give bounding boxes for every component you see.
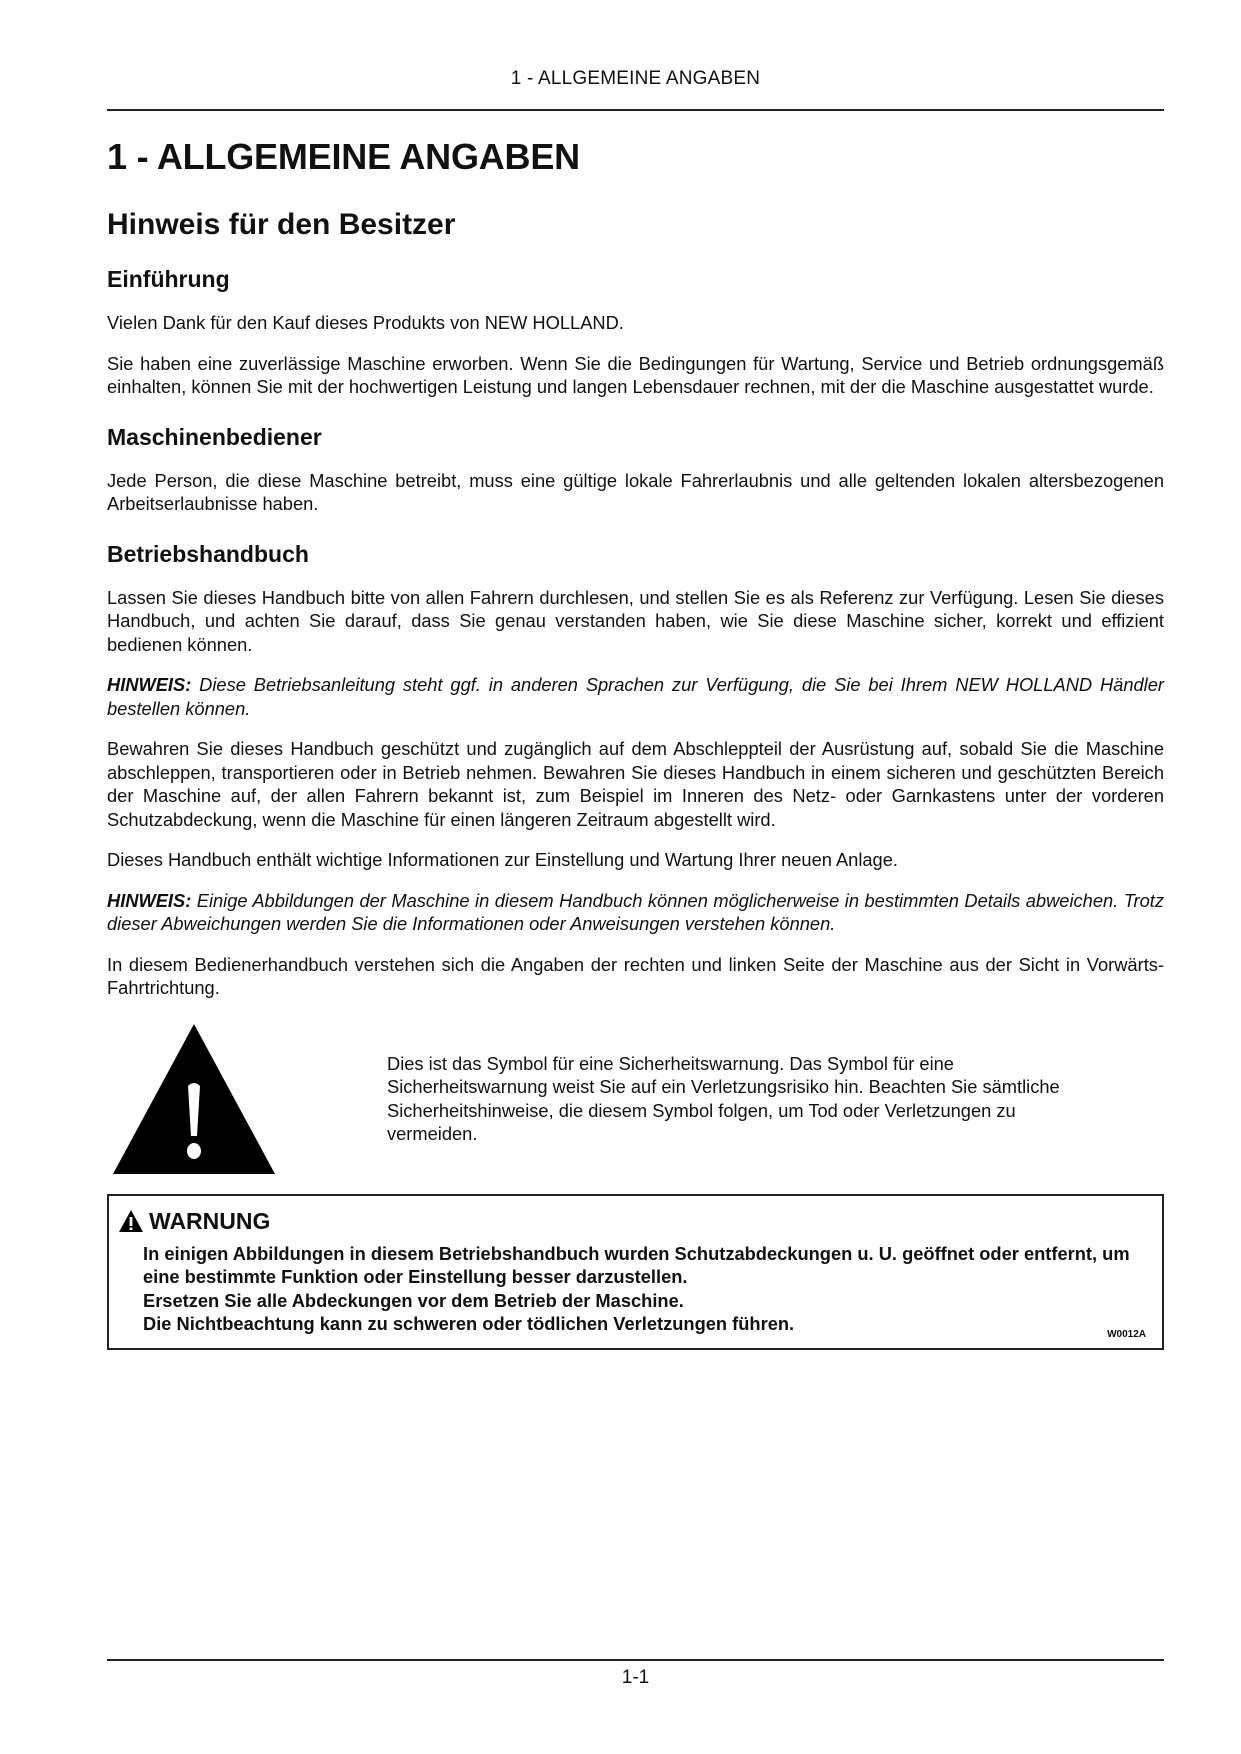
- note-text: Diese Betriebsanleitung steht ggf. in an…: [107, 674, 1164, 719]
- footer-rule: [107, 1659, 1164, 1661]
- running-header: 1 - ALLGEMEINE ANGABEN: [107, 68, 1164, 90]
- subsection-title-maschinenbediener: Maschinenbediener: [107, 424, 1164, 451]
- paragraph: Bewahren Sie dieses Handbuch geschützt u…: [107, 737, 1164, 831]
- note-label: HINWEIS:: [107, 674, 191, 695]
- note-label: HINWEIS:: [107, 890, 191, 911]
- paragraph: Lassen Sie dieses Handbuch bitte von all…: [107, 586, 1164, 657]
- safety-symbol-text: Dies ist das Symbol für eine Sicherheits…: [387, 1052, 1107, 1146]
- warning-body: In einigen Abbildungen in diesem Betrieb…: [143, 1242, 1143, 1336]
- header-rule: [107, 109, 1164, 111]
- safety-symbol-block: Dies ist das Symbol für eine Sicherheits…: [107, 1024, 1164, 1182]
- paragraph: In diesem Bedienerhandbuch verstehen sic…: [107, 953, 1164, 1000]
- note-paragraph: HINWEIS: Einige Abbildungen der Maschine…: [107, 889, 1164, 936]
- warning-triangle-icon: [119, 1210, 143, 1232]
- warning-line: In einigen Abbildungen in diesem Betrieb…: [143, 1242, 1143, 1289]
- page-content: 1 - ALLGEMEINE ANGABEN Hinweis für den B…: [107, 136, 1164, 1350]
- note-paragraph: HINWEIS: Diese Betriebsanleitung steht g…: [107, 673, 1164, 720]
- page-number: 1-1: [107, 1667, 1164, 1689]
- warning-line: Ersetzen Sie alle Abdeckungen vor dem Be…: [143, 1289, 1143, 1313]
- warning-title-text: WARNUNG: [149, 1208, 270, 1235]
- paragraph: Sie haben eine zuverlässige Maschine erw…: [107, 352, 1164, 399]
- note-text: Einige Abbildungen der Maschine in diese…: [107, 890, 1164, 935]
- paragraph: Dieses Handbuch enthält wichtige Informa…: [107, 848, 1164, 872]
- chapter-title: 1 - ALLGEMEINE ANGABEN: [107, 136, 1164, 178]
- paragraph: Vielen Dank für den Kauf dieses Produkts…: [107, 311, 1164, 335]
- warning-line: Die Nichtbeachtung kann zu schweren oder…: [143, 1312, 1143, 1336]
- paragraph: Jede Person, die diese Maschine betreibt…: [107, 469, 1164, 516]
- subsection-title-einfuehrung: Einführung: [107, 266, 1164, 293]
- document-page: 1 - ALLGEMEINE ANGABEN 1 - ALLGEMEINE AN…: [107, 0, 1164, 1754]
- warning-triangle-icon: [113, 1024, 275, 1174]
- subsection-title-betriebshandbuch: Betriebshandbuch: [107, 541, 1164, 568]
- section-title: Hinweis für den Besitzer: [107, 208, 1164, 242]
- warning-title: WARNUNG: [119, 1208, 270, 1235]
- warning-box: WARNUNG In einigen Abbildungen in diesem…: [107, 1194, 1164, 1350]
- warning-code: W0012A: [1107, 1329, 1146, 1340]
